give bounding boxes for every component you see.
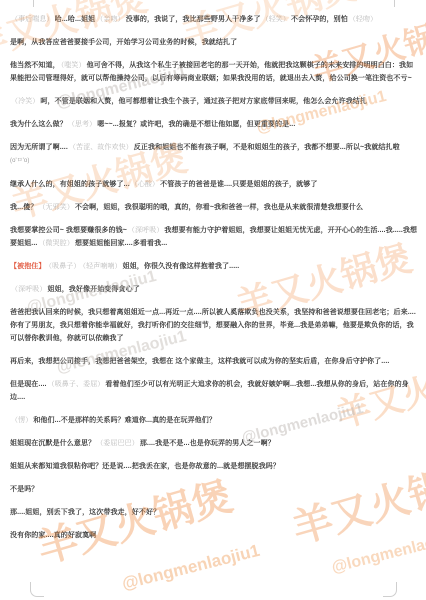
watermark-text: @longmenlaojiu1 (120, 541, 262, 595)
script-paragraph: 我...傻？（无邪笑）不会啊，姐姐，我很聪明的哦，真的，你看~我和爸爸一样，我也… (10, 201, 420, 214)
dialogue-text: 是啊，从我答应爸爸要接手公司，开始学习公司业务的时候，我就结扎了 (10, 39, 237, 46)
stage-direction: （思考） (67, 121, 97, 128)
stage-direction: （亲吻） (95, 16, 125, 23)
script-paragraph: （愣）和他们...不是那样的关系吗？难道你...真的是在玩弄他们？ (10, 414, 420, 427)
dialogue-text: 想要姐姐能回家....多看看我... (75, 240, 167, 247)
script-paragraph: 没有你的家....真的好寂寞啊 (10, 529, 420, 542)
dialogue-text: 爸爸把我认回来的时候，我只想着离姐姐近一点...再近一点....所以被人奚落欺负… (10, 309, 416, 342)
script-paragraph: 姐姐现在沉默是什么意思？（委屈巴巴）那....我是不是...也是你玩弄的男人之一… (10, 437, 420, 450)
dialogue-text: 我想要掌控公司~ 我想要赚很多的钱~ (10, 227, 127, 234)
dialogue-text: 不会啊，姐姐，我很聪明的哦，真的，你看~我和爸爸一样，我也是从来就很清楚我想要什… (75, 204, 363, 211)
page-corner-bottom-left (30, 582, 44, 597)
stage-direction: （轻声喃喃） (82, 263, 123, 270)
dialogue-text: 再后来，我想把公司接手，我想把爸爸架空，我想在 这个家做主，这样我就可以成为你的… (10, 358, 389, 365)
script-paragraph: （深呼吸）姐姐，我好像开始变得贪心了 (10, 283, 420, 296)
dialogue-text: 哈...哈...姐姐 (55, 16, 96, 23)
dialogue-text: 呵，不管是联姻和入赘，他可都想着让我生个孩子，通过孩子把对方家底带回来呢，他怎么… (40, 98, 367, 105)
dialogue-text: 我为什么这么做？ (10, 121, 67, 128)
script-paragraph: 再后来，我想把公司接手，我想把爸爸架空，我想在 这个家做主，这样我就可以成为你的… (10, 355, 420, 368)
dialogue-text: 不是吗？ (10, 486, 38, 493)
kaomoji: (o'ㅁ'o) (10, 158, 29, 164)
stage-direction: （吸鼻子、委屈） (47, 381, 106, 388)
dialogue-text: 姐姐从来都知道我很粘你吧？还是说....把我丢在家，也是你故意的...就是想摆脱… (10, 463, 280, 470)
stage-direction: （轻笑） (261, 16, 291, 23)
script-paragraph: （冷笑）呵，不管是联姻和入赘，他可都想着让我生个孩子，通过孩子把对方家底带回来呢… (10, 95, 420, 108)
script-paragraph: 我为什么这么做？（思考）嗯~~...报复？或许吧，我的确是不想让他如愿，但更重要… (10, 118, 420, 131)
stage-direction: （心酸） (130, 181, 160, 188)
script-paragraph: 继承人什么的，有姐姐的孩子就够了...（心酸）不管孩子的爸爸是谁....只要是姐… (10, 178, 420, 191)
dialogue-text: 继承人什么的，有姐姐的孩子就够了... (10, 181, 130, 188)
script-paragraph: 那....姐姐，别丢下我了，这次带我走，好不好？ (10, 506, 420, 519)
stage-direction: （深呼吸） (127, 227, 165, 234)
stage-direction: （委屈巴巴） (95, 440, 140, 447)
stage-direction: （嗤笑） (60, 62, 87, 69)
dialogue-text: 他当然不知道， (10, 62, 60, 69)
dialogue-text: 但是现在.... (10, 381, 47, 388)
dialogue-text: 我...傻？ (10, 204, 37, 211)
dialogue-text: 那....姐姐，别丢下我了，这次带我走，好不好？ (10, 509, 160, 516)
dialogue-text: 因为无所谓了啊.... (10, 144, 68, 151)
script-paragraph: 不是吗？ (10, 483, 420, 496)
script-paragraph: 因为无所谓了啊....（苦涩、故作欢快）反正我和姐姐也不能有孩子啊，不是和姐姐生… (10, 141, 420, 168)
action-tag: 【被抱住】 (10, 263, 48, 270)
script-paragraph: 姐姐从来都知道我很粘你吧？还是说....把我丢在家，也是你故意的...就是想摆脱… (10, 460, 420, 473)
stage-direction: （微哭腔） (37, 240, 75, 247)
page-edge-mark-top-left (33, 0, 34, 7)
script-paragraph: 【被抱住】（吸鼻子）（轻声喃喃）姐姐，你很久没有像这样抱着我了..... (10, 260, 420, 273)
dialogue-text: 嗯~~...报复？或许吧，我的确是不想让他如愿，但更重要的是... (97, 121, 295, 128)
script-paragraph: 爸爸把我认回来的时候，我只想着离姐姐近一点...再近一点....所以被人奚落欺负… (10, 306, 420, 345)
stage-direction: （苦涩、故作欢快） (68, 144, 134, 151)
dialogue-text: 反正我和姐姐也不能有孩子啊，不是和姐姐生的孩子，我都不想要...所以~我就结扎啦 (134, 144, 400, 151)
script-paragraph: 是啊，从我答应爸爸要接手公司，开始学习公司业务的时候，我就结扎了 (10, 36, 420, 49)
stage-direction: （轻吻） (348, 16, 378, 23)
page-edge-mark-top-right (394, 0, 395, 7)
stage-direction: （深呼吸） (10, 286, 48, 293)
dialogue-text: 和他们...不是那样的关系吗？难道你...真的是在玩弄他们？ (33, 417, 216, 424)
dialogue-text: 没有你的家....真的好寂寞啊 (10, 532, 96, 539)
script-page: 羊又火锅煲羊又火锅煲@longmenlaojiu1羊又火锅煲羊又火锅煲@long… (0, 0, 426, 600)
script-paragraph: （事后喘息）哈...哈...姐姐（亲吻）没事的，我说了，我比那些野男人干净多了（… (10, 13, 420, 26)
script-body: （事后喘息）哈...哈...姐姐（亲吻）没事的，我说了，我比那些野男人干净多了（… (0, 0, 426, 542)
dialogue-text: 姐姐，你很久没有像这样抱着我了..... (123, 263, 240, 270)
stage-direction: （愣） (10, 417, 33, 424)
script-paragraph: 我想要掌控公司~ 我想要赚很多的钱~（深呼吸）我想要有能力守护着姐姐，我想要让姐… (10, 224, 420, 250)
stage-direction: （事后喘息） (10, 16, 55, 23)
page-corner-bottom-right (383, 582, 397, 597)
dialogue-text: 不管孩子的爸爸是谁....只要是姐姐的孩子，就够了 (160, 181, 317, 188)
dialogue-text: 姐姐现在沉默是什么意思？ (10, 440, 95, 447)
stage-direction: （吸鼻子） (48, 263, 82, 270)
stage-direction: （冷笑） (10, 98, 40, 105)
dialogue-text: 没事的，我说了，我比那些野男人干净多了 (126, 16, 261, 23)
script-paragraph: 但是现在....（吸鼻子、委屈）看着他们至少可以有光明正大追求你的机会，我就好嫉… (10, 378, 420, 404)
stage-direction: （无邪笑） (37, 204, 75, 211)
dialogue-text: 姐姐，我好像开始变得贪心了 (48, 286, 140, 293)
script-paragraph: 他当然不知道，（嗤笑）他可舍不得，从我这个私生子被接回老宅的那一天开始，他就把我… (10, 59, 420, 85)
dialogue-text: 那....我是不是...也是你玩弄的男人之一啊？ (140, 440, 275, 447)
dialogue-text: 不会怀孕的，别怕 (291, 16, 348, 23)
